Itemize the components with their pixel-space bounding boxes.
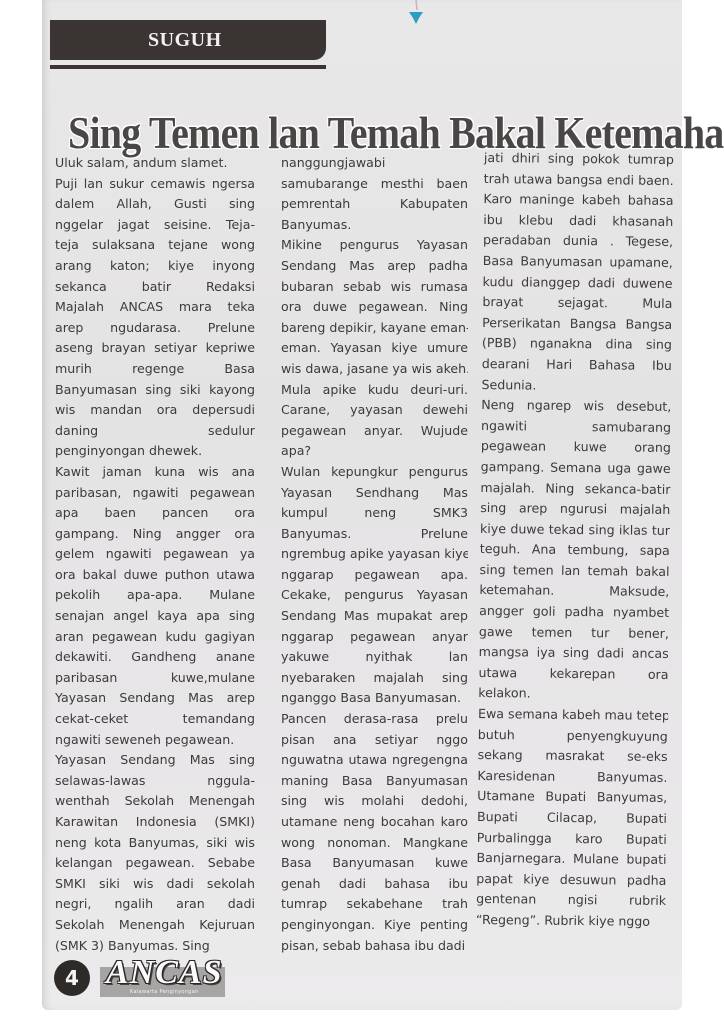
article-line: daning sedulur bbox=[55, 421, 255, 442]
article-line: ibu klebu dadi khasanah bbox=[483, 210, 673, 233]
article-line: gampang. Ning angger ora bbox=[55, 524, 255, 545]
article-line: sing wis molahi dedohi, bbox=[281, 791, 468, 812]
article-line: “Regeng”. Rubrik kiye nggo bbox=[476, 910, 666, 933]
pushpin-icon bbox=[407, 0, 425, 24]
article-line: Yayasan Sendang Mas sing bbox=[55, 750, 255, 771]
article-line: Banyumas. bbox=[281, 215, 468, 236]
magazine-logo: ANCAS bbox=[106, 954, 223, 992]
article-line: Sendang Mas mupakat arep bbox=[281, 606, 468, 627]
article-column-2: nanggungjawabisamubarange mesthi baenpem… bbox=[281, 153, 468, 956]
article-line: Karo maninge kabeh bahasa bbox=[483, 189, 673, 212]
article-line: Wulan kepungkur pengurus bbox=[281, 462, 468, 483]
article-line: pisan, sebab bahasa ibu dadi bbox=[281, 936, 468, 957]
article-line: apa baen pancen ora bbox=[55, 503, 255, 524]
article-line: jati dhiri sing pokok tumrap bbox=[484, 148, 674, 171]
article-line: ngawiti samubarang bbox=[481, 416, 671, 439]
article-line: cekat-ceket temandang bbox=[55, 709, 255, 730]
article-line: SMKI siki wis dadi sekolah bbox=[55, 874, 255, 895]
article-line: Purbalingga karo Bupati bbox=[477, 828, 667, 851]
article-line: ketemahan. Maksude, bbox=[479, 580, 669, 603]
article-line: murih regenge Basa bbox=[55, 359, 255, 380]
article-line: pemrentah Kabupaten bbox=[281, 194, 468, 215]
article-line: neng kota Banyumas, siki wis bbox=[55, 833, 255, 854]
article-line: Puji lan sukur cemawis ngersa bbox=[55, 174, 255, 195]
article-line: sing arep ngurusi majalah bbox=[480, 498, 670, 521]
article-line: eman. Yayasan kiye umure bbox=[281, 338, 468, 359]
article-line: nggarap pegawean apa. bbox=[281, 565, 468, 586]
article-line: dalem Allah, Gusti sing bbox=[55, 194, 255, 215]
article-line: pegawean anyar. Wujude bbox=[281, 421, 468, 442]
article-line: pegawean kuwe orang bbox=[481, 436, 671, 459]
article-line: mangsa iya sing dadi ancas bbox=[479, 642, 669, 665]
article-body: Uluk salam, andum slamet.Puji lan sukur … bbox=[52, 148, 682, 948]
page-number-badge: 4 bbox=[54, 960, 90, 996]
article-line: aseng brayan setiyar kepriwe bbox=[55, 338, 255, 359]
article-line: wis mandan ora depersudi bbox=[55, 400, 255, 421]
article-line: senajan angel kaya apa sing bbox=[55, 606, 255, 627]
article-line: penginyongan dhewek. bbox=[55, 441, 255, 462]
article-line: Mula apike kudu deuri-uri. bbox=[281, 380, 468, 401]
article-line: pisan ana setiyar nggo bbox=[281, 730, 468, 751]
article-line: arang katon; kiye inyong bbox=[55, 256, 255, 277]
article-line: nyebaraken majalah sing bbox=[281, 668, 468, 689]
article-line: sekang masrakat se-eks bbox=[478, 745, 668, 768]
article-line: samubarange mesthi baen bbox=[281, 174, 468, 195]
article-line: genah dadi bahasa ibu bbox=[281, 874, 468, 895]
article-line: butuh penyengkuyung bbox=[478, 725, 668, 748]
article-line: gentenan ngisi rubrik bbox=[476, 889, 666, 912]
article-line: Utamane Bupati Banyumas, bbox=[477, 786, 667, 809]
article-line: Neng ngarep wis desebut, bbox=[481, 395, 671, 418]
article-line: nggarap pegawean anyar bbox=[281, 627, 468, 648]
article-line: Sendang Mas arep padha bbox=[281, 256, 468, 277]
article-line: Sedunia. bbox=[481, 375, 671, 398]
article-line: gampang. Semana uga gawe bbox=[481, 457, 671, 480]
section-label-text: SUGUH bbox=[148, 29, 222, 52]
article-line: trah utawa bangsa endi baen. bbox=[484, 169, 674, 192]
article-line: Bupati Cilacap, Bupati bbox=[477, 807, 667, 830]
article-line: kelakon. bbox=[478, 683, 668, 706]
article-line: Banjarnegara. Mulane bupati bbox=[476, 848, 666, 871]
article-line: gawe temen tur bener, bbox=[479, 622, 669, 645]
article-line: wis dawa, jasane ya wis akeh. bbox=[281, 359, 468, 380]
article-line: sekanca batir Redaksi bbox=[55, 277, 255, 298]
article-line: arep ngudarasa. Prelune bbox=[55, 318, 255, 339]
page-number: 4 bbox=[65, 966, 79, 990]
article-line: wong nonoman. Mangkane bbox=[281, 833, 468, 854]
article-line: majalah. Ning sekanca-batir bbox=[480, 477, 670, 500]
article-line: apa? bbox=[281, 441, 468, 462]
article-line: Ewa semana kabeh mau tetep bbox=[478, 704, 668, 727]
article-line: nanggungjawabi bbox=[281, 153, 468, 174]
article-line: Uluk salam, andum slamet. bbox=[55, 153, 255, 174]
article-line: negri, ngalih aran dadi bbox=[55, 894, 255, 915]
article-line: (PBB) nganakna dina sing bbox=[482, 333, 672, 356]
article-line: yakuwe nyithak lan bbox=[281, 647, 468, 668]
article-line: maning Basa Banyumasan bbox=[281, 771, 468, 792]
article-line: sing temen lan temah bakal bbox=[479, 560, 669, 583]
article-line: Kawit jaman kuna wis ana bbox=[55, 462, 255, 483]
article-line: aran pegawean kudu gagiyan bbox=[55, 627, 255, 648]
article-line: utamane neng bocahan karo bbox=[281, 812, 468, 833]
section-label: SUGUH bbox=[50, 20, 326, 60]
article-line: kudu dianggep dadi duwene bbox=[482, 272, 672, 295]
article-line: teguh. Ana tembung, sapa bbox=[480, 539, 670, 562]
article-line: paribasan, ngawiti pegawean bbox=[55, 483, 255, 504]
article-line: kelangan pegawean. Sebabe bbox=[55, 853, 255, 874]
article-line: Perserikatan Bangsa Bangsa bbox=[482, 313, 672, 336]
article-line: ngawiti seweneh pegawean. bbox=[55, 730, 255, 751]
article-line: bareng depikir, kayane eman- bbox=[281, 318, 468, 339]
article-line: teja sulaksana tejane wong bbox=[55, 235, 255, 256]
article-line: paribasan kuwe,mulane bbox=[55, 668, 255, 689]
article-line: pekolih apa-apa. Mulane bbox=[55, 585, 255, 606]
article-line: angger goli padha nyambet bbox=[479, 601, 669, 624]
article-line: nganggo Basa Banyumasan. bbox=[281, 688, 468, 709]
article-line: Basa Banyumasan upamane, bbox=[483, 251, 673, 274]
article-line: Banyumasan sing siki kayong bbox=[55, 380, 255, 401]
article-line: Karawitan Indonesia (SMKI) bbox=[55, 812, 255, 833]
article-line: dearani Hari Bahasa Ibu bbox=[482, 354, 672, 377]
article-line: papat kiye desuwun padha bbox=[476, 869, 666, 892]
article-line: brayat sejagat. Mula bbox=[482, 292, 672, 315]
article-line: Majalah ANCAS mara teka bbox=[55, 297, 255, 318]
article-line: bubaran sebab wis rumasa bbox=[281, 277, 468, 298]
article-line: Karesidenan Banyumas. bbox=[477, 766, 667, 789]
article-line: ora bakal duwe puthon utawa bbox=[55, 565, 255, 586]
article-line: Basa Banyumasan kuwe bbox=[281, 853, 468, 874]
article-line: Pancen derasa-rasa prelu bbox=[281, 709, 468, 730]
magazine-logo-subtitle: Kalawarta Penginyongan bbox=[130, 989, 199, 995]
article-line: ora duwe pegawean. Ning bbox=[281, 297, 468, 318]
article-line: Cekake, pengurus Yayasan bbox=[281, 585, 468, 606]
article-line: wenthah Sekolah Menengah bbox=[55, 791, 255, 812]
article-line: penginyongan. Kiye penting bbox=[281, 915, 468, 936]
article-line: peradaban dunia . Tegese, bbox=[483, 230, 673, 253]
article-line: Yayasan Sendang Mas arep bbox=[55, 688, 255, 709]
article-line: nguwatna utawa ngregengna bbox=[281, 750, 468, 771]
article-line: Sekolah Menengah Kejuruan bbox=[55, 915, 255, 936]
article-line: dekawiti. Gandheng anane bbox=[55, 647, 255, 668]
article-line: utawa kekarepan ora bbox=[478, 663, 668, 686]
article-line: kumpul neng SMK3 bbox=[281, 503, 468, 524]
magazine-page: SUGUH Sing Temen lan Temah Bakal Ketemah… bbox=[42, 0, 682, 1010]
article-column-1: Uluk salam, andum slamet.Puji lan sukur … bbox=[55, 153, 255, 956]
article-line: Yayasan Sendhang Mas bbox=[281, 483, 468, 504]
article-line: nggelar jagat seisine. Teja- bbox=[55, 215, 255, 236]
article-line: tumrap sekabehane trah bbox=[281, 894, 468, 915]
article-line: gelem ngawiti pegawean ya bbox=[55, 544, 255, 565]
article-column-3: jati dhiri sing pokok tumraptrah utawa b… bbox=[476, 148, 674, 933]
article-line: Banyumas. Prelune bbox=[281, 524, 468, 545]
article-line: selawas-lawas nggula- bbox=[55, 771, 255, 792]
article-line: kiye duwe tekad sing iklas tur bbox=[480, 519, 670, 542]
article-line: Mikine pengurus Yayasan bbox=[281, 235, 468, 256]
article-line: ngrembug apike yayasan kiye bbox=[281, 544, 468, 565]
section-divider bbox=[50, 65, 326, 69]
article-line: Carane, yayasan dewehi bbox=[281, 400, 468, 421]
